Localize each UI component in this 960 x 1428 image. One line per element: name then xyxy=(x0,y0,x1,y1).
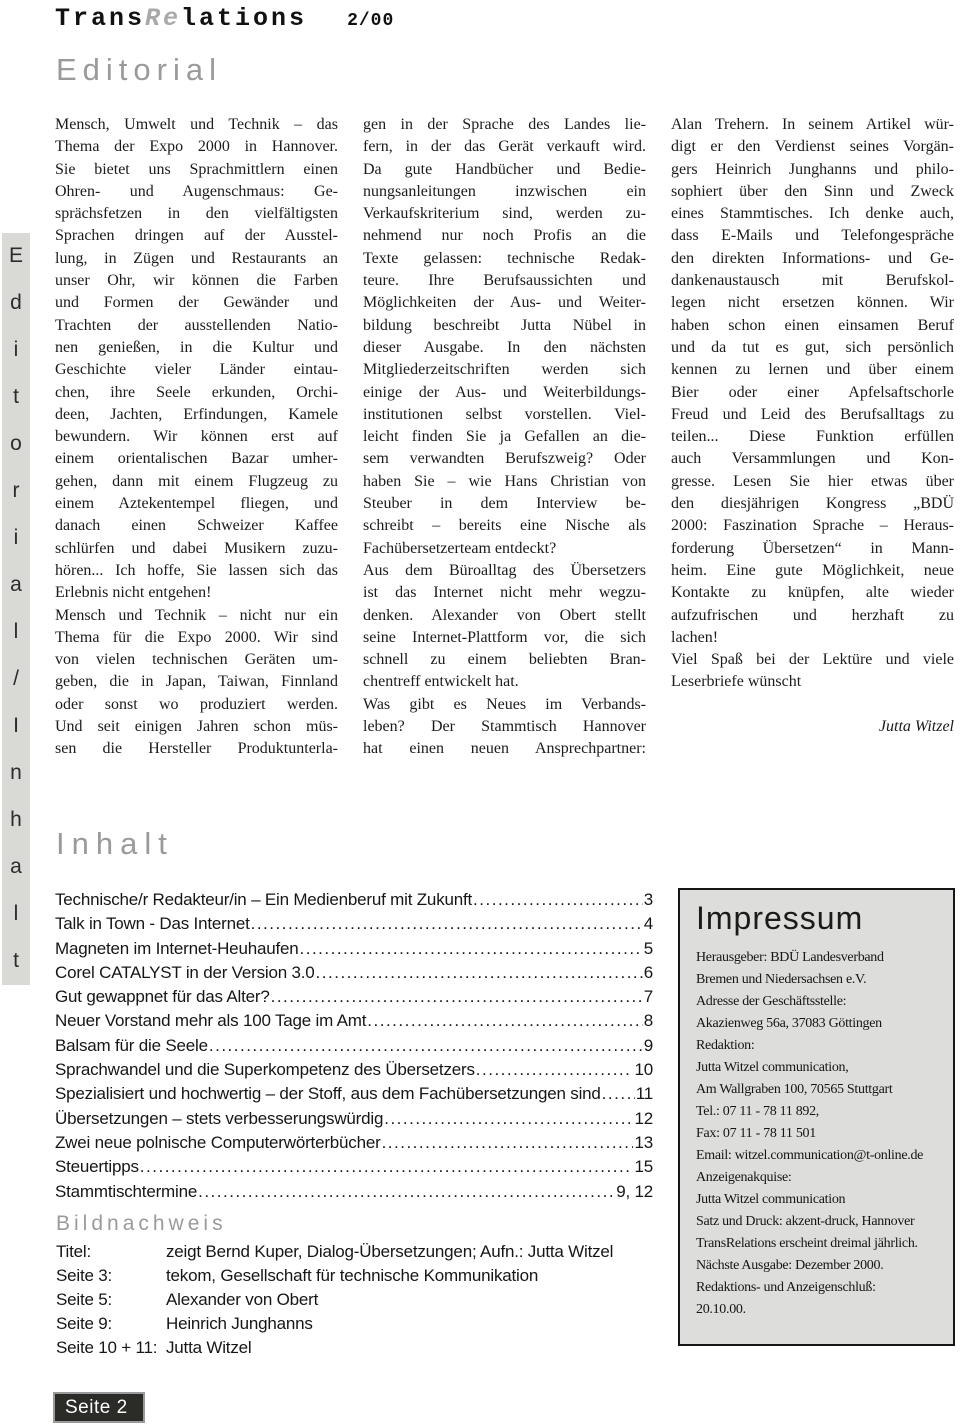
toc-dot-leader: ........................................… xyxy=(300,939,643,959)
editorial-line xyxy=(671,694,954,716)
toc-entry-page: 13 xyxy=(634,1133,653,1153)
impressum-line: Akazienweg 56a, 37083 Göttingen xyxy=(696,1013,949,1035)
editorial-line: Ohren- und Augenschmaus: Ge- xyxy=(55,181,338,203)
editorial-line: denken. Alexander von Obert stellt xyxy=(363,605,646,627)
toc-entry-page: 7 xyxy=(644,987,653,1007)
bildnachweis-label: Seite 3: xyxy=(56,1264,166,1288)
editorial-line: lung, in Zügen und Restaurants an xyxy=(55,248,338,270)
toc-dot-leader: ........................................… xyxy=(251,914,643,934)
toc-entry-page: 15 xyxy=(634,1157,653,1177)
toc-entry-page: 3 xyxy=(644,890,653,910)
toc-entry-title: Technische/r Redakteur/in – Ein Medienbe… xyxy=(55,890,472,910)
editorial-line: deen, Jachten, Erfindungen, Kamele xyxy=(55,404,338,426)
toc-entry: Technische/r Redakteur/in – Ein Medienbe… xyxy=(55,890,653,914)
bildnachweis-list: Titel:zeigt Bernd Kuper, Dialog-Übersetz… xyxy=(56,1240,650,1360)
sidebar-letter: a xyxy=(10,856,22,877)
editorial-columns: Mensch, Umwelt und Technik – dasThema de… xyxy=(55,114,954,761)
impressum-line: Bremen und Niedersachsen e.V. xyxy=(696,969,949,991)
sidebar-letter: d xyxy=(10,292,22,313)
toc-entry: Steuertipps.............................… xyxy=(55,1157,653,1181)
editorial-line: gehen, dann mit einem Flugzeug zu xyxy=(55,471,338,493)
editorial-column: gen in der Sprache des Landes lie-fern, … xyxy=(363,114,646,761)
editorial-line: unser Ohr, wir können die Farben xyxy=(55,270,338,292)
bildnachweis-row: Seite 9:Heinrich Junghanns xyxy=(56,1312,650,1336)
editorial-line: schreibt – bereits eine Nische als xyxy=(363,515,646,537)
toc-dot-leader: ........................................… xyxy=(473,890,643,910)
toc-dot-leader: ........................................… xyxy=(476,1060,634,1080)
editorial-line: Fachübersetzerteam entdeckt? xyxy=(363,538,646,560)
toc-dot-leader: ........................................… xyxy=(382,1133,634,1153)
sidebar-letter: I xyxy=(13,715,19,736)
toc-entry-page: 8 xyxy=(644,1011,653,1031)
editorial-line: einem orientalischen Bazar umher- xyxy=(55,448,338,470)
editorial-line: Möglichkeiten der Aus- und Weiter- xyxy=(363,292,646,314)
editorial-line: Viel Spaß bei der Lektüre und viele xyxy=(671,649,954,671)
editorial-line: eines Stammtisches. Ich denke auch, xyxy=(671,203,954,225)
editorial-line: dankenaustausch mit Berufskol- xyxy=(671,270,954,292)
editorial-line: hat einen neuen Ansprechpartner: xyxy=(363,738,646,760)
toc-entry: Übersetzungen – stets verbesserungswürdi… xyxy=(55,1109,653,1133)
editorial-line: lachen! xyxy=(671,627,954,649)
editorial-line: Verkaufskriterium sind, werden zu- xyxy=(363,203,646,225)
impressum-line: Tel.: 07 11 - 78 11 892, xyxy=(696,1101,949,1123)
impressum-line: Redaktions- und Anzeigenschluß: xyxy=(696,1277,949,1299)
newsletter-masthead: TransRelations 2/00 xyxy=(55,4,394,33)
sidebar-letter: t xyxy=(13,950,19,971)
editorial-column: Mensch, Umwelt und Technik – dasThema de… xyxy=(55,114,338,761)
editorial-line: einem Aztekentempel fliegen, und xyxy=(55,493,338,515)
impressum-line: Jutta Witzel communication, xyxy=(696,1057,949,1079)
impressum-line: Redaktion: xyxy=(696,1035,949,1057)
sidebar-letter: i xyxy=(14,527,19,548)
toc-entry-title: Spezialisiert und hochwertig – der Stoff… xyxy=(55,1084,601,1104)
toc-entry: Zwei neue polnische Computerwörterbücher… xyxy=(55,1133,653,1157)
toc-dot-leader: ........................................… xyxy=(271,987,643,1007)
toc-entry: Corel CATALYST in der Version 3.0.......… xyxy=(55,963,653,987)
bildnachweis-label: Seite 9: xyxy=(56,1312,166,1336)
editorial-line: heim. Eine gute Möglichkeit, neue xyxy=(671,560,954,582)
editorial-line: Thema der Expo 2000 in Hannover. xyxy=(55,136,338,158)
editorial-line: Thema für die Expo 2000. Wir sind xyxy=(55,627,338,649)
sidebar-letter: i xyxy=(14,339,19,360)
newsletter-page: TransRelations 2/00 Editorial Editorial/… xyxy=(0,0,960,1428)
toc-entry-title: Talk in Town - Das Internet xyxy=(55,914,250,934)
editorial-line: Aus dem Büroalltag des Übersetzers xyxy=(363,560,646,582)
impressum-line: Adresse der Geschäftsstelle: xyxy=(696,991,949,1013)
editorial-line: fern, in der das Gerät verkauft wird. xyxy=(363,136,646,158)
editorial-line: teure. Ihre Berufsaussichten und xyxy=(363,270,646,292)
editorial-line: nen genießen, in die Kultur und xyxy=(55,337,338,359)
editorial-line: haben schon einen einsamen Beruf xyxy=(671,315,954,337)
impressum-line: 20.10.00. xyxy=(696,1299,949,1321)
toc-entry-page: 5 xyxy=(644,939,653,959)
editorial-line: Kontakte zu knüpfen, alte wieder xyxy=(671,582,954,604)
toc-entry-title: Stammtischtermine xyxy=(55,1182,197,1202)
editorial-line: forderung Übersetzen“ in Mann- xyxy=(671,538,954,560)
toc-dot-leader: ........................................… xyxy=(384,1109,633,1129)
brand-prefix: Trans xyxy=(55,4,145,33)
editorial-line: Bier oder einer Apfelsaftschorle xyxy=(671,382,954,404)
impressum-line: Jutta Witzel communication xyxy=(696,1189,949,1211)
editorial-line: Trachten der ausstellenden Natio- xyxy=(55,315,338,337)
impressum-lines: Herausgeber: BDÜ LandesverbandBremen und… xyxy=(696,947,949,1321)
impressum-line: TransRelations erscheint dreimal jährlic… xyxy=(696,1233,949,1255)
editorial-line: leicht finden Sie ja Gefallen an die- xyxy=(363,426,646,448)
editorial-line: Sprachen dringen auf der Ausstel- xyxy=(55,225,338,247)
sidebar-letter: E xyxy=(9,245,23,266)
sidebar-letter: a xyxy=(10,574,22,595)
toc-entry: Spezialisiert und hochwertig – der Stoff… xyxy=(55,1084,653,1108)
bildnachweis-row: Seite 3:tekom, Gesellschaft für technisc… xyxy=(56,1264,650,1288)
editorial-line: haben Sie – wie Hans Christian von xyxy=(363,471,646,493)
bildnachweis-label: Titel: xyxy=(56,1240,166,1264)
impressum-line: Am Wallgraben 100, 70565 Stuttgart xyxy=(696,1079,949,1101)
editorial-line: und da tut es gut, sich persönlich xyxy=(671,337,954,359)
impressum-line: Satz und Druck: akzent-druck, Hannover xyxy=(696,1211,949,1233)
editorial-line: den direkten Informations- und Ge- xyxy=(671,248,954,270)
bildnachweis-value: tekom, Gesellschaft für technische Kommu… xyxy=(166,1264,650,1288)
editorial-line: sen die Hersteller Produktunterla- xyxy=(55,738,338,760)
editorial-line: hören... Ich hoffe, Sie lassen sich das xyxy=(55,560,338,582)
bildnachweis-row: Titel:zeigt Bernd Kuper, Dialog-Übersetz… xyxy=(56,1240,650,1264)
toc-entry: Gut gewappnet für das Alter?............… xyxy=(55,987,653,1011)
toc-entry-title: Übersetzungen – stets verbesserungswürdi… xyxy=(55,1109,383,1129)
toc-entry-page: 10 xyxy=(634,1060,653,1080)
editorial-line: gresse. Lesen Sie hier etwas über xyxy=(671,471,954,493)
sidebar-letter: r xyxy=(13,480,20,501)
toc-entry-title: Steuertipps xyxy=(55,1157,139,1177)
editorial-line: Sie bietet uns Sprachmittlern einen xyxy=(55,159,338,181)
editorial-line: ist das Internet nicht mehr wegzu- xyxy=(363,582,646,604)
sidebar-letter: / xyxy=(13,668,19,689)
brand-mid: Re xyxy=(145,4,181,33)
editorial-line: geben, die in Japan, Taiwan, Finnland xyxy=(55,671,338,693)
bildnachweis-heading: Bildnachweis xyxy=(56,1212,227,1236)
editorial-line: nehmend nur noch Profis an die xyxy=(363,225,646,247)
editorial-line: gen in der Sprache des Landes lie- xyxy=(363,114,646,136)
toc-entry-title: Gut gewappnet für das Alter? xyxy=(55,987,270,1007)
toc-entry-page: 4 xyxy=(644,914,653,934)
editorial-line: 2000: Faszination Sprache – Heraus- xyxy=(671,515,954,537)
toc-entry: Neuer Vorstand mehr als 100 Tage im Amt.… xyxy=(55,1011,653,1035)
toc-dot-leader: ........................................… xyxy=(602,1084,635,1104)
sidebar-letter: t xyxy=(13,386,19,407)
editorial-line: danach einen Schweizer Kaffee xyxy=(55,515,338,537)
impressum-box: Impressum Herausgeber: BDÜ Landesverband… xyxy=(678,888,955,1346)
sidebar-letter: n xyxy=(10,762,22,783)
editorial-line: aufzufrischen und herzhaft zu xyxy=(671,605,954,627)
editorial-line: oder sonst wo produziert werden. xyxy=(55,694,338,716)
inhalt-heading: Inhalt xyxy=(56,826,174,862)
editorial-line: sophiert über den Sinn und Zweck xyxy=(671,181,954,203)
editorial-line: chen, ihre Seele erkunden, Orchi- xyxy=(55,382,338,404)
toc-entry-title: Zwei neue polnische Computerwörterbücher xyxy=(55,1133,381,1153)
editorial-line: Leserbriefe wünscht xyxy=(671,671,954,693)
toc-entry: Talk in Town - Das Internet.............… xyxy=(55,914,653,938)
editorial-line: Freud und Leid des Berufsalltags zu xyxy=(671,404,954,426)
impressum-line: Nächste Ausgabe: Dezember 2000. xyxy=(696,1255,949,1277)
page-number-badge: Seite 2 xyxy=(53,1392,145,1423)
toc-dot-leader: ........................................… xyxy=(198,1182,615,1202)
editorial-line: Erlebnis nicht entgehen! xyxy=(55,582,338,604)
toc-entry-title: Sprachwandel und die Superkompetenz des … xyxy=(55,1060,475,1080)
toc-dot-leader: ........................................… xyxy=(140,1157,634,1177)
impressum-line: Herausgeber: BDÜ Landesverband xyxy=(696,947,949,969)
toc-dot-leader: ........................................… xyxy=(209,1036,643,1056)
editorial-line: nungsanleitungen inzwischen ein xyxy=(363,181,646,203)
impressum-heading: Impressum xyxy=(696,900,949,937)
toc-entry-page: 9, 12 xyxy=(616,1182,653,1202)
editorial-line: Steuber in dem Interview be- xyxy=(363,493,646,515)
editorial-line: kennen zu lernen und über einem xyxy=(671,359,954,381)
toc-entry-page: 11 xyxy=(636,1084,653,1104)
sidebar-letter: h xyxy=(10,809,22,830)
editorial-line: leben? Der Stammtisch Hannover xyxy=(363,716,646,738)
bildnachweis-value: zeigt Bernd Kuper, Dialog-Übersetzungen;… xyxy=(166,1240,650,1264)
toc-dot-leader: ........................................… xyxy=(316,963,643,983)
editorial-line: Da gute Handbücher und Bedie- xyxy=(363,159,646,181)
impressum-line: Email: witzel.communication@t-online.de xyxy=(696,1145,949,1167)
sidebar-letter: l xyxy=(14,621,19,642)
editorial-line: dieser Ausgabe. In den nächsten xyxy=(363,337,646,359)
editorial-line: chentreff entwickelt hat. xyxy=(363,671,646,693)
toc-entry: Balsam für die Seele....................… xyxy=(55,1036,653,1060)
page-number-label: Seite 2 xyxy=(65,1397,128,1419)
bildnachweis-value: Jutta Witzel xyxy=(166,1336,650,1360)
toc-entry-title: Neuer Vorstand mehr als 100 Tage im Amt xyxy=(55,1011,366,1031)
toc-entry-title: Balsam für die Seele xyxy=(55,1036,208,1056)
toc-entry: Sprachwandel und die Superkompetenz des … xyxy=(55,1060,653,1084)
editorial-line: legen nicht ersetzen können. Wir xyxy=(671,292,954,314)
toc-entry: Stammtischtermine.......................… xyxy=(55,1182,653,1206)
editorial-line: Mensch, Umwelt und Technik – das xyxy=(55,114,338,136)
editorial-line: sprächsfetzen in den vielfältigsten xyxy=(55,203,338,225)
editorial-line: gers Heinrich Junghanns und philo- xyxy=(671,159,954,181)
editorial-line: von vielen technischen Geräten um- xyxy=(55,649,338,671)
bildnachweis-row: Seite 5:Alexander von Obert xyxy=(56,1288,650,1312)
editorial-line: dass E-Mails und Telefongespräche xyxy=(671,225,954,247)
bildnachweis-value: Alexander von Obert xyxy=(166,1288,650,1312)
toc-entry-page: 9 xyxy=(644,1036,653,1056)
editorial-line: und Formen der Gewänder und xyxy=(55,292,338,314)
editorial-line: Was gibt es Neues im Verbands- xyxy=(363,694,646,716)
bildnachweis-label: Seite 10 + 11: xyxy=(56,1336,166,1360)
sidebar-vertical-label: Editorial/Inhalt xyxy=(2,233,30,985)
editorial-line: bildung beschreibt Jutta Nübel in xyxy=(363,315,646,337)
issue-number: 2/00 xyxy=(347,11,394,31)
editorial-line: digt er den Verdienst seines Vorgän- xyxy=(671,136,954,158)
editorial-line: sem verwandten Berufszweig? Oder xyxy=(363,448,646,470)
toc-entry-title: Corel CATALYST in der Version 3.0 xyxy=(55,963,315,983)
sidebar-letter: l xyxy=(14,903,19,924)
editorial-line: seine Internet-Plattform vor, die sich xyxy=(363,627,646,649)
editorial-line: Alan Trehern. In seinem Artikel wür- xyxy=(671,114,954,136)
toc-entry-title: Magneten im Internet-Heuhaufen xyxy=(55,939,299,959)
editorial-line: Und seit einigen Jahren schon müs- xyxy=(55,716,338,738)
toc-entry-page: 12 xyxy=(634,1109,653,1129)
editorial-heading: Editorial xyxy=(56,52,222,88)
sidebar-letter: o xyxy=(10,433,22,454)
impressum-line: Anzeigenakquise: xyxy=(696,1167,949,1189)
toc-list: Technische/r Redakteur/in – Ein Medienbe… xyxy=(55,890,653,1206)
impressum-line: Fax: 07 11 - 78 11 501 xyxy=(696,1123,949,1145)
editorial-line: schlürfen und dabei Musikern zuzu- xyxy=(55,538,338,560)
editorial-line: Geschichte vieler Länder eintau- xyxy=(55,359,338,381)
editorial-line: schnell zu einem beliebten Bran- xyxy=(363,649,646,671)
editorial-line: teilen... Diese Funktion erfüllen xyxy=(671,426,954,448)
editorial-line: auch Versammlungen und Kon- xyxy=(671,448,954,470)
bildnachweis-label: Seite 5: xyxy=(56,1288,166,1312)
editorial-line: Texte gelassen: technische Redak- xyxy=(363,248,646,270)
editorial-line: bewundern. Wir können erst auf xyxy=(55,426,338,448)
editorial-line: einige der Aus- und Weiterbildungs- xyxy=(363,382,646,404)
editorial-line: den diesjährigen Kongress „BDÜ xyxy=(671,493,954,515)
toc-entry: Magneten im Internet-Heuhaufen..........… xyxy=(55,939,653,963)
editorial-line: Mensch und Technik – nicht nur ein xyxy=(55,605,338,627)
editorial-column: Alan Trehern. In seinem Artikel wür-digt… xyxy=(671,114,954,761)
bildnachweis-row: Seite 10 + 11:Jutta Witzel xyxy=(56,1336,650,1360)
editorial-line: institutionen selbst vorstellen. Viel- xyxy=(363,404,646,426)
toc-dot-leader: ........................................… xyxy=(367,1011,642,1031)
brand-suffix: lations xyxy=(181,4,307,33)
toc-entry-page: 6 xyxy=(644,963,653,983)
editorial-line: Jutta Witzel xyxy=(671,716,954,738)
editorial-line: Mitgliederzeitschriften werden sich xyxy=(363,359,646,381)
bildnachweis-value: Heinrich Junghanns xyxy=(166,1312,650,1336)
